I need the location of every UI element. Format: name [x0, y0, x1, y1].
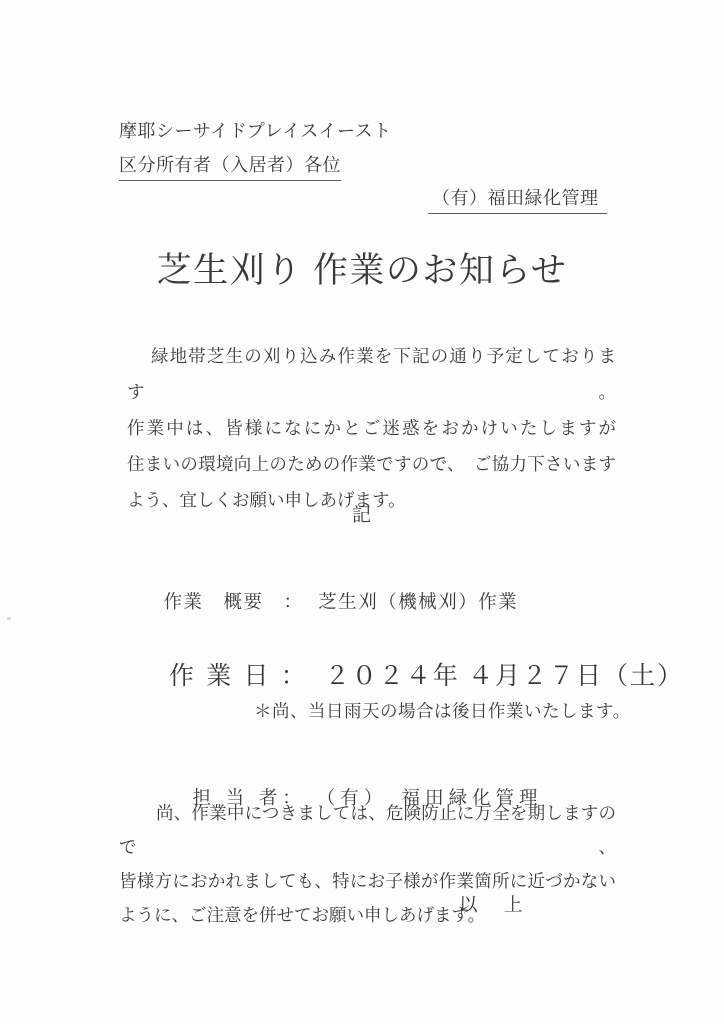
notice-title: 芝生刈り 作業のお知らせ	[0, 243, 724, 293]
intro-line: 作業中は、皆様になにかとご迷惑をおかけいたしますが	[127, 410, 616, 446]
scanned-notice-page: 摩耶シーサイドプレイスイースト 区分所有者（入居者）各位 （有）福田緑化管理 芝…	[0, 0, 724, 1024]
intro-line: 住まいの環境向上のための作業ですので、 ご協力下さいます	[127, 446, 616, 482]
work-overview-label: 作業 概要 ：	[164, 593, 295, 613]
rain-postponement-note: ＊尚、当日雨天の場合は後日作業いたします。	[254, 698, 631, 723]
recipient-addressee: 区分所有者（入居者）各位	[119, 151, 341, 181]
intro-paragraph: 緑地帯芝生の刈り込み作業を下記の通り予定しております。 作業中は、皆様になにかと…	[127, 338, 616, 518]
caution-line: ように、ご注意を併せてお願い申しあげます。	[119, 898, 616, 932]
scan-speck-artifact	[7, 617, 11, 620]
work-overview-line: 作業 概要 ： 芝生刈（機械刈）作業	[139, 567, 518, 635]
record-marker: 記	[0, 500, 724, 527]
intro-line: 緑地帯芝生の刈り込み作業を下記の通り予定しております。	[127, 338, 616, 410]
work-overview-value: 芝生刈（機械刈）作業	[298, 593, 518, 613]
recipient-building-name: 摩耶シーサイドプレイスイースト	[119, 117, 392, 143]
caution-line: 尚、作業中につきましては、危険防止に万全を期しますので、	[119, 796, 616, 864]
work-date-label: 作 業 日 ：	[169, 663, 309, 690]
caution-line: 皆様方におかれましても、特にお子様が作業箇所に近づかない	[119, 864, 616, 898]
closing-ijou: 以 上	[459, 891, 527, 917]
sender-company: （有）福田緑化管理	[428, 184, 607, 214]
work-date-value: ２０２４年 ４月２７日（土）	[325, 663, 684, 690]
caution-paragraph: 尚、作業中につきましては、危険防止に万全を期しますので、 皆様方におかれましても…	[119, 796, 616, 932]
